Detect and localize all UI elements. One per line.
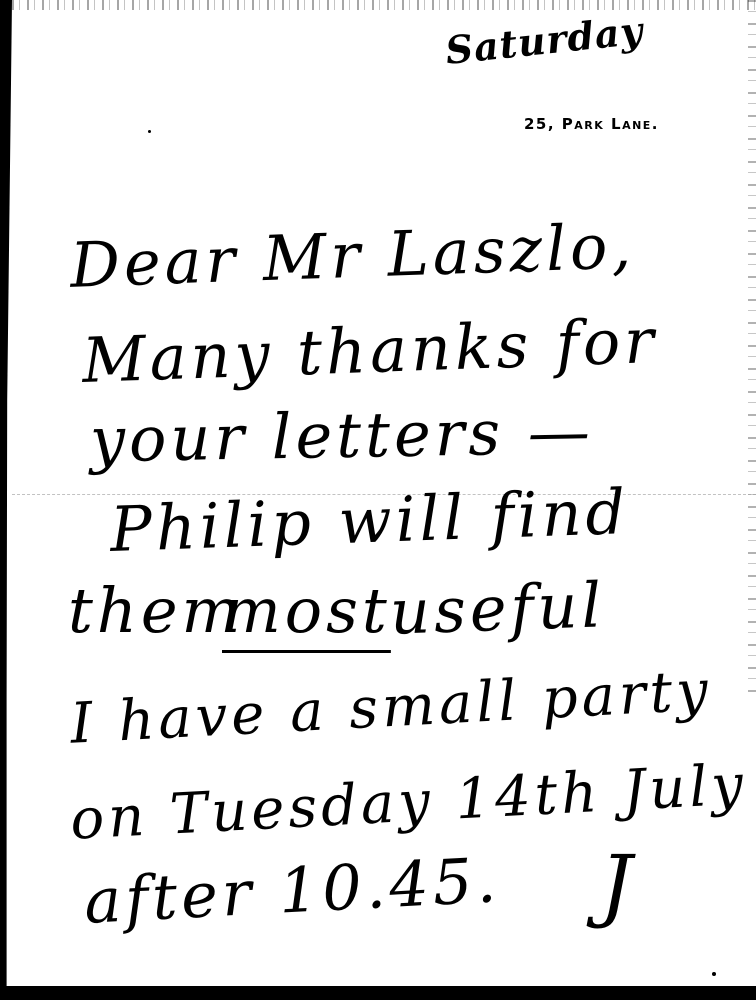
body-line-4-most: most — [222, 580, 391, 642]
body-line-5: I have a small party — [69, 663, 713, 753]
body-line-7: after 10.45. — [83, 849, 502, 933]
body-line-2: your letters — — [89, 401, 594, 472]
letter-date: Saturday — [443, 7, 645, 73]
scan-edge-left — [0, 0, 12, 1000]
scan-edge-bottom — [0, 986, 756, 1000]
letter-page: Saturday 25, Park Lane. Dear Mr Laszlo, … — [0, 0, 756, 1000]
letterhead-address: 25, Park Lane. — [524, 115, 659, 133]
scan-speck — [148, 130, 151, 133]
scan-noise-top — [12, 0, 756, 10]
scan-noise-right — [748, 0, 756, 700]
body-line-1: Many thanks for — [81, 310, 659, 392]
body-line-4-useful: useful — [389, 574, 606, 643]
signature-initial: J — [600, 845, 636, 925]
salutation: Dear Mr Laszlo, — [69, 215, 636, 297]
body-line-4-them: them — [68, 580, 244, 642]
scan-speck — [712, 972, 716, 976]
body-line-3: Philip will find — [109, 481, 630, 561]
body-line-6: on Tuesday 14th July — [69, 757, 748, 848]
